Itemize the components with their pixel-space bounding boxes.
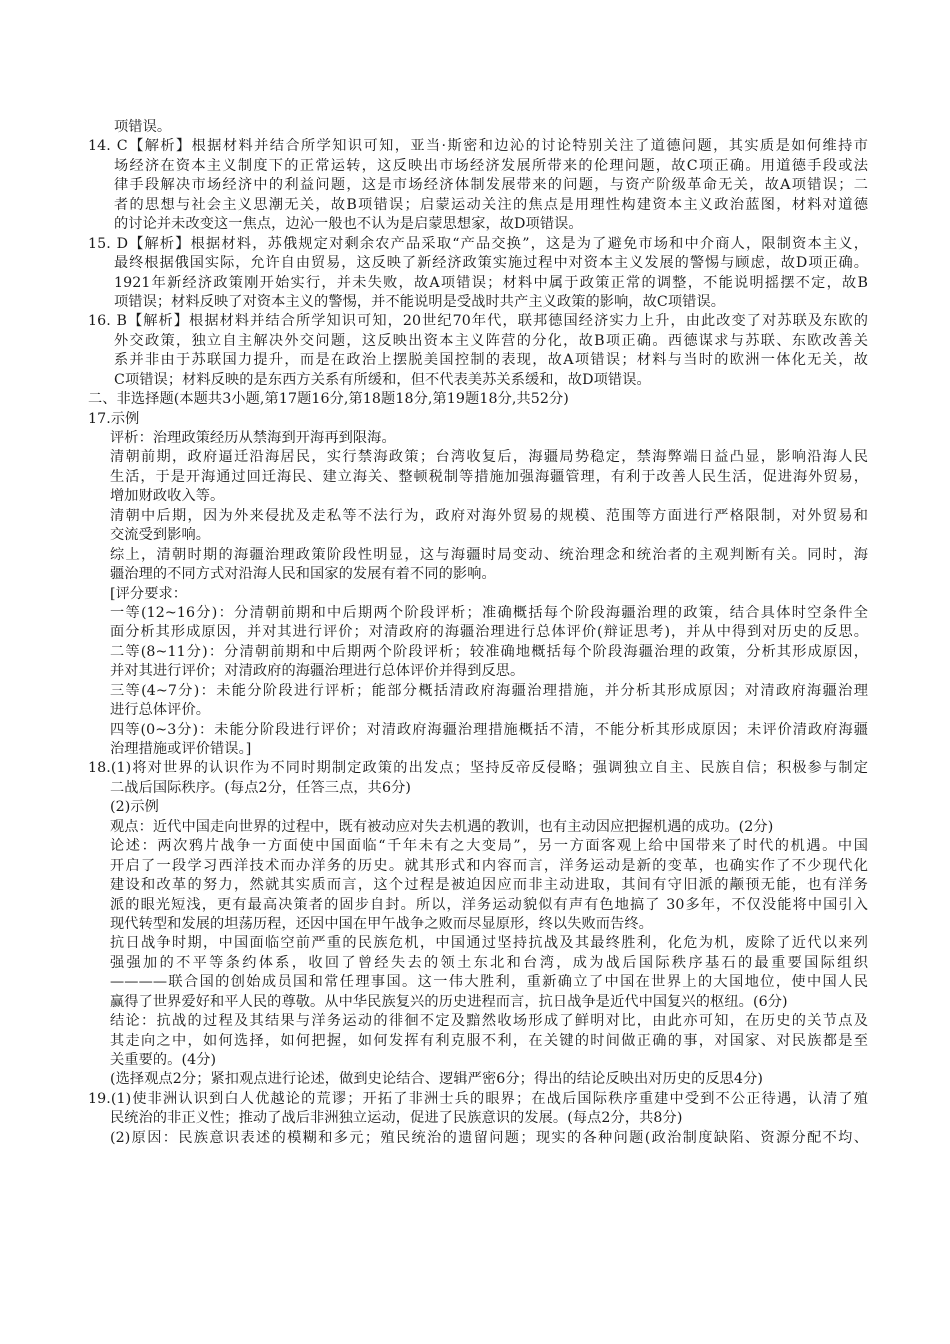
text-line: 增加财政收入等。 bbox=[88, 487, 868, 506]
text-line: 赢得了世界爱好和平人民的尊敬。从中华民族复兴的历史进程而言，抗日战争是近代中国复… bbox=[88, 993, 868, 1012]
text-line: (2)示例 bbox=[88, 798, 868, 817]
text-line: 抗日战争时期，中国面临空前严重的民族危机，中国通过坚持抗战及其最终胜利，化危为机… bbox=[88, 934, 868, 953]
text-line: 18.(1)将对世界的认识作为不同时期制定政策的出发点；坚持反帝反侵略；强调独立… bbox=[88, 759, 868, 778]
text-line: 派的眼光短浅，更有最高决策者的固步自封。所以，洋务运动貌似有声有色地搞了 30多… bbox=[88, 896, 868, 915]
text-line: 进行总体评价。 bbox=[88, 701, 868, 720]
text-line: 二、非选择题(本题共3小题,第17题16分,第18题18分,第19题18分,共5… bbox=[88, 390, 868, 409]
text-line: 场经济在资本主义制度下的正常运转，这反映出市场经济发展所带来的伦理问题，故C项正… bbox=[88, 157, 868, 176]
text-line: 清朝中后期，因为外来侵扰及走私等不法行为，政府对海外贸易的规模、范围等方面进行严… bbox=[88, 507, 868, 526]
text-line: C项错误；材料反映的是东西方关系有所缓和，但不代表美苏关系缓和，故D项错误。 bbox=[88, 371, 868, 390]
text-line: 建设和改革的努力，然就其实质而言，这个过程是被迫因应而非主动进取，其间有守旧派的… bbox=[88, 876, 868, 895]
text-line: 17.示例 bbox=[88, 410, 868, 429]
text-line: (2)原因：民族意识表述的模糊和多元；殖民统治的遗留问题；现实的各种问题(政治制… bbox=[88, 1129, 868, 1148]
text-line: 律手段解决市场经济中的利益问题，这是市场经济体制发展带来的问题，与资产阶级革命无… bbox=[88, 176, 868, 195]
text-line: 观点：近代中国走向世界的过程中，既有被动应对失去机遇的教训，也有主动因应把握机遇… bbox=[88, 818, 868, 837]
text-line: 关重要的。(4分) bbox=[88, 1051, 868, 1070]
text-line: 最终根据俄国实际，允许自由贸易，这反映了新经济政策实施过程中对资本主义发展的警惕… bbox=[88, 254, 868, 273]
text-line: 外交政策，独立自主解决外交问题，这反映出资本主义阵营的分化，故B项正确。西德谋求… bbox=[88, 332, 868, 351]
text-line: 评析：治理政策经历从禁海到开海再到限海。 bbox=[88, 429, 868, 448]
text-line: 论述：两次鸦片战争一方面使中国面临“千年未有之大变局”，另一方面客观上给中国带来… bbox=[88, 837, 868, 856]
text-line: (选择观点2分；紧扣观点进行论述，做到史论结合、逻辑严密6分；得出的结论反映出对… bbox=[88, 1070, 868, 1089]
text-line: 四等(0~3分)：未能分阶段进行评价；对清政府海疆治理措施概括不清，不能分析其形… bbox=[88, 721, 868, 740]
text-line: ————联合国的创始成员国和常任理事国。这一伟大胜利，重新确立了中国在世界上的大… bbox=[88, 973, 868, 992]
text-line: 15. D【解析】根据材料，苏俄规定对剩余农产品采取“产品交换”，这是为了避免市… bbox=[88, 235, 868, 254]
text-line: 综上，清朝时期的海疆治理政策阶段性明显，这与海疆时局变动、统治理念和统治者的主观… bbox=[88, 546, 868, 565]
text-line: 现代转型和发展的坦荡历程，还因中国在甲午战争之败而尽显原形，终以失败而告终。 bbox=[88, 915, 868, 934]
text-line: 者的思想与社会主义思潮无关，故B项错误；启蒙运动关注的焦点是用理性构建资本主义政… bbox=[88, 196, 868, 215]
text-line: 项错误；材料反映了对资本主义的警惕，并不能说明是受战时共产主义政策的影响，故C项… bbox=[88, 293, 868, 312]
text-line: 的讨论并未改变这一焦点，边沁一般也不认为是启蒙思想家，故D项错误。 bbox=[88, 215, 868, 234]
text-line: 14. C【解析】根据材料并结合所学知识可知，亚当·斯密和边沁的讨论特别关注了道… bbox=[88, 137, 868, 156]
text-line: 面分析其形成原因，并对其进行评价；对清政府的海疆治理进行总体评价(辩证思考)，并… bbox=[88, 623, 868, 642]
text-line: 交流受到影响。 bbox=[88, 526, 868, 545]
text-line: 三等(4~7分)：未能分阶段进行评析；能部分概括清政府海疆治理措施，并分析其形成… bbox=[88, 682, 868, 701]
text-line: [评分要求： bbox=[88, 585, 868, 604]
text-line: 开启了一段学习西洋技术而办洋务的历史。就其形式和内容而言，洋务运动是新的变革，也… bbox=[88, 857, 868, 876]
text-line: 民统治的非正义性；推动了战后非洲独立运动，促进了民族意识的发展。(每点2分，共8… bbox=[88, 1109, 868, 1128]
text-line: 强强加的不平等条约体系，收回了曾经失去的领土东北和台湾，成为战后国际秩序基石的最… bbox=[88, 954, 868, 973]
text-line: 生活，于是开海通过回迁海民、建立海关、整顿税制等措施加强海疆管理，有利于改善人民… bbox=[88, 468, 868, 487]
text-line: 疆治理的不同方式对沿海人民和国家的发展有着不同的影响。 bbox=[88, 565, 868, 584]
text-line: 项错误。 bbox=[88, 118, 868, 137]
text-line: 系并非由于苏联国力提升，而是在政治上摆脱美国控制的表现，故A项错误；材料与当时的… bbox=[88, 351, 868, 370]
text-line: 16. B【解析】根据材料并结合所学知识可知，20世纪70年代，联邦德国经济实力… bbox=[88, 312, 868, 331]
text-line: 一等(12~16分)：分清朝前期和中后期两个阶段评析；准确概括每个阶段海疆治理的… bbox=[88, 604, 868, 623]
text-line: 并对其进行评价；对清政府的海疆治理进行总体评价并得到反思。 bbox=[88, 662, 868, 681]
text-line: 1921年新经济政策刚开始实行，并未失败，故A项错误；材料中属于政策正常的调整，… bbox=[88, 274, 868, 293]
text-line: 清朝前期，政府逼迁沿海居民，实行禁海政策；台湾收复后，海疆局势稳定，禁海弊端日益… bbox=[88, 448, 868, 467]
answer-document: 项错误。14. C【解析】根据材料并结合所学知识可知，亚当·斯密和边沁的讨论特别… bbox=[88, 118, 868, 1148]
text-line: 二等(8~11分)：分清朝前期和中后期两个阶段评析；较准确地概括每个阶段海疆治理… bbox=[88, 643, 868, 662]
text-line: 二战后国际秩序。(每点2分，任答三点，共6分) bbox=[88, 779, 868, 798]
text-line: 治理措施或评价错误。] bbox=[88, 740, 868, 759]
text-line: 其走向之中，如何选择，如何把握，如何发挥有利克服不利，在关键的时间做正确的事，对… bbox=[88, 1032, 868, 1051]
text-line: 19.(1)使非洲认识到白人优越论的荒谬；开拓了非洲士兵的眼界；在战后国际秩序重… bbox=[88, 1090, 868, 1109]
text-line: 结论：抗战的过程及其结果与洋务运动的徘徊不定及黯然收场形成了鲜明对比，由此亦可知… bbox=[88, 1012, 868, 1031]
